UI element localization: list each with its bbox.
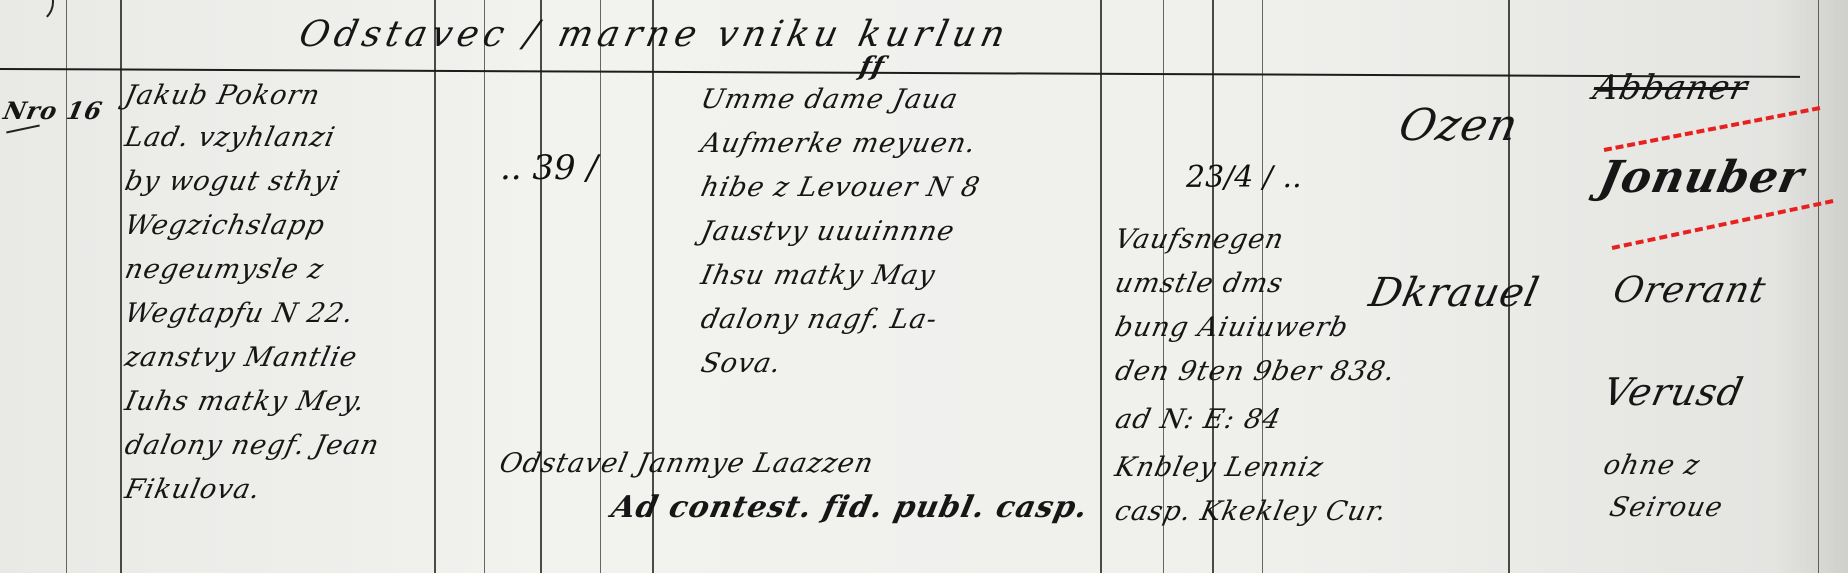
notes-line: Vaufsnegen — [1109, 224, 1398, 268]
origin-line: hibe z Levouer N 8 — [695, 172, 983, 216]
column-rule — [600, 0, 601, 573]
description-line: Jakub Pokorn — [120, 80, 383, 122]
column-rule — [1100, 0, 1102, 573]
description-line: Wegtapfu N 22. — [119, 298, 382, 342]
header-rule — [0, 68, 1800, 78]
witness-name: Ozen — [1395, 100, 1523, 151]
amount-a: .. 39 / — [500, 148, 598, 188]
description-line: Wegzichslapp — [119, 210, 382, 254]
status-line: Seiroue — [1607, 492, 1726, 523]
origin-line: Sova. — [695, 348, 983, 392]
description-line: by wogut sthyi — [119, 166, 382, 210]
red-dashed-annotation-bottom — [1612, 199, 1834, 250]
description-line: dalony negf. Jean — [119, 430, 382, 474]
description-line: Fikulova. — [119, 474, 382, 518]
status-highlighted: Jonuber — [1595, 152, 1809, 203]
description-line: Iuhs matky Mey. — [119, 386, 382, 430]
notes-line: casp. Kkekley Cur. — [1109, 496, 1398, 540]
origin-line: dalony nagf. La- — [695, 304, 983, 348]
red-dashed-annotation-top — [1604, 106, 1821, 152]
entry-number: Nro 16 — [1, 96, 106, 125]
description-column: Jakub Pokorn Lad. vzyhlanzi by wogut sth… — [124, 80, 378, 518]
notes-column: Vaufsnegen umstle dms bung Aiuiuwerb den… — [1114, 224, 1393, 540]
description-line: Lad. vzyhlanzi — [119, 122, 382, 166]
origin-line: Aufmerke meyuen. — [695, 128, 983, 172]
register-page: Odstavec / marne vniku kurlun ff Nro 16 … — [0, 0, 1848, 573]
continuation-mark: ff — [857, 52, 888, 82]
origin-line: Ad contest. fid. publ. casp. — [608, 490, 1091, 525]
status-line: Verusd — [1599, 370, 1747, 414]
column-rule — [484, 0, 485, 573]
entry-underline — [6, 124, 40, 133]
description-line: zanstvy Mantlie — [119, 342, 382, 386]
notes-line: den 9ten 9ber 838. — [1109, 356, 1398, 404]
amount-b: 23/4 / .. — [1186, 160, 1302, 195]
column-rule — [652, 0, 654, 573]
column-rule — [434, 0, 436, 573]
origin-line: Odstavel Janmye Laazzen — [497, 448, 877, 479]
origin-line: Umme dame Jaua — [695, 84, 983, 128]
notes-line: umstle dms — [1109, 268, 1398, 312]
status-struck: Abbaner — [1590, 68, 1752, 108]
description-line: negeumysle z — [119, 254, 382, 298]
column-rule — [66, 0, 67, 573]
column-rule — [540, 0, 542, 573]
notes-line: Knbley Lenniz — [1109, 452, 1398, 496]
notes-line: ad N: E: 84 — [1109, 404, 1398, 452]
origin-column: Umme dame Jaua Aufmerke meyuen. hibe z L… — [700, 84, 978, 392]
witness-name: Dkrauel — [1365, 270, 1543, 316]
flourish-mark — [10, 0, 54, 24]
status-line: Orerant — [1610, 270, 1770, 311]
header-line: Odstavec / marne vniku kurlun — [296, 14, 1014, 55]
column-rule — [1818, 0, 1819, 573]
status-line: ohne z — [1601, 450, 1703, 481]
notes-line: bung Aiuiuwerb — [1109, 312, 1398, 356]
origin-line: Ihsu matky May — [695, 260, 983, 304]
origin-line: Jaustvy uuuinnne — [695, 216, 983, 260]
